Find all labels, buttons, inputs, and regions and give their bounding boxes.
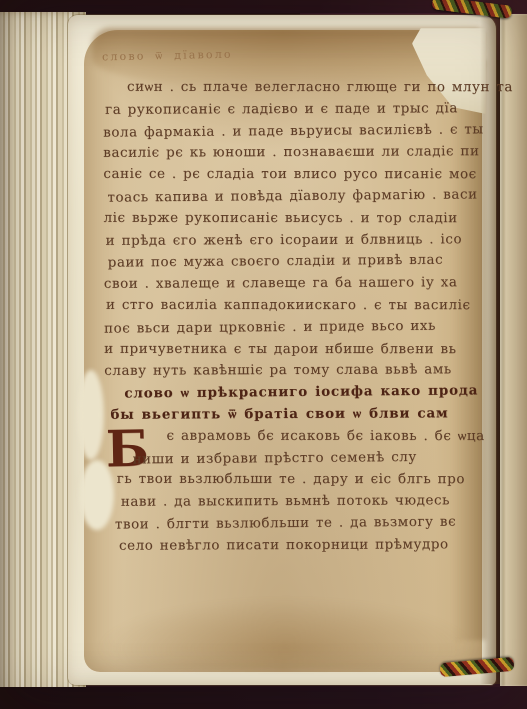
text-line: поє вьси дари црковніє . и приде вьсо их… (104, 315, 476, 340)
cloth-background-bottom (0, 687, 527, 709)
rubric-title-line: слово ѡ прѣкрасниго іосифа како прода (124, 381, 476, 406)
text-line: твои . блгти вьзлюбльши те . да вьзмогу … (115, 511, 477, 536)
text-line: славу нуть кавѣншіє ра тому слава вьвѣ а… (104, 360, 476, 383)
text-line: саніє се . рє сладіа тои влисо русо писа… (103, 164, 475, 186)
text-line: вола фармакіа . и паде вьруисы василієвѣ… (103, 119, 475, 144)
marginal-note: слово ѿ дїаволо (102, 48, 233, 64)
text-line: василіє рє кь юноши . познаваєши ли слад… (103, 142, 475, 165)
text-line: и стго василіа каппадокиискаго . є ты ва… (106, 295, 476, 317)
edge-wear-blob (78, 370, 104, 460)
text-line: село невѣгло писати покорници прѣмудро (119, 534, 477, 557)
gutter-fold-shadow (480, 16, 502, 684)
text-block: сиѡн . сь плаче велегласно глюще ги по м… (103, 76, 477, 557)
rubric-title-line: бы вьегипть ѿ братіа свои ѡ блви сам (110, 403, 476, 426)
next-leaf-sliver (500, 14, 527, 686)
stain-bottom (96, 598, 476, 670)
text-line: и причуветника є ты дарои нбише блвени в… (104, 338, 476, 360)
text-line: и прѣда єго женѣ єго ісораии и блвниць .… (106, 229, 476, 252)
text-line: свои . хвалеще и славеще га ба нашего іу… (104, 272, 476, 295)
text-line: є аврамовь бє исаковь бє іаковь . бє ѡца (167, 425, 477, 447)
text-line: га рукописаніє є ладієво и є паде и трыс… (105, 98, 475, 121)
text-line: сиѡн . сь плаче велегласно глюще ги по м… (127, 77, 475, 99)
text-line: ліє вьрже рукописаніє вьисусь . и тор сл… (104, 208, 476, 230)
text-line: тоась капива и повѣда дїаволу фармагію .… (107, 184, 475, 209)
text-line: раии поє мужа своєго сладіи и привѣ влас (108, 250, 476, 275)
manuscript-photo: слово ѿ дїаволо Б сиѡн . сь плаче велегл… (0, 0, 527, 709)
text-line: гь твои вьзлюбльши те . дару и єіс блгь … (117, 469, 477, 491)
text-line: ниши и избрави прѣстго семенѣ слу (133, 446, 477, 471)
text-line: нави . да выскипить вьмнѣ потокь чюдесь (121, 490, 477, 513)
